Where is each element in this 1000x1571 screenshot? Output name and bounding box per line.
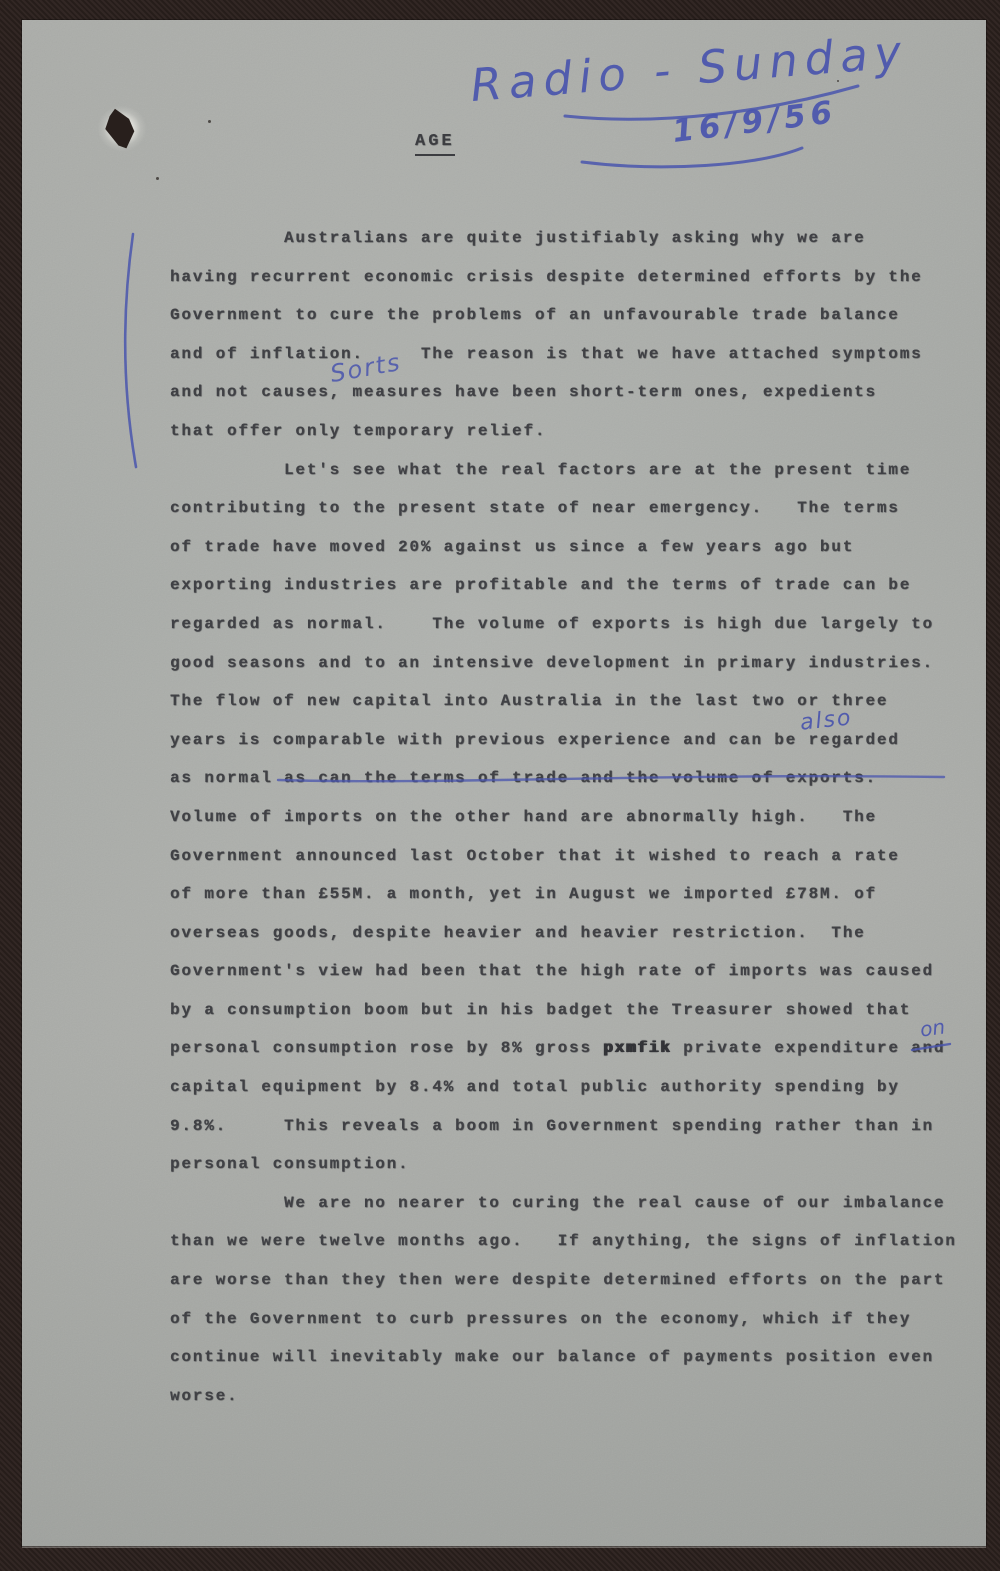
typed-segment: personal consumption rose by 8% gross bbox=[170, 1039, 603, 1057]
typed-segment: 9.8%. This reveals a boom in Government … bbox=[170, 1117, 934, 1135]
typed-line: and not causes, measures have been short… bbox=[170, 373, 980, 412]
typed-segment: by a consumption boom but in his badget … bbox=[170, 1001, 911, 1019]
typed-segment: that offer only temporary relief. bbox=[170, 422, 546, 440]
typed-line: are worse than they then were despite de… bbox=[170, 1261, 980, 1300]
typed-segment: are worse than they then were despite de… bbox=[170, 1271, 945, 1289]
typed-line: than we were twelve months ago. If anyth… bbox=[170, 1222, 980, 1261]
typed-line: Australians are quite justifiably asking… bbox=[170, 219, 980, 258]
typed-segment: continue will inevitably make our balanc… bbox=[170, 1348, 934, 1366]
typed-segment: Australians are quite justifiably asking… bbox=[170, 229, 866, 247]
typed-segment: overseas goods, despite heavier and heav… bbox=[170, 924, 866, 942]
typed-segment: having recurrent economic crisis despite… bbox=[170, 268, 923, 286]
typed-segment: personal consumption. bbox=[170, 1155, 409, 1173]
typed-line: contributing to the present state of nea… bbox=[170, 489, 980, 528]
typed-segment: of trade have moved 20% against us since… bbox=[170, 538, 854, 556]
typed-segment: as normal as can the terms of trade and … bbox=[170, 769, 877, 787]
paper-speck bbox=[208, 120, 211, 123]
typed-text: Australians are quite justifiably asking… bbox=[170, 219, 980, 1415]
typed-line: of more than £55M. a month, yet in Augus… bbox=[170, 875, 980, 914]
typed-segment: Let's see what the real factors are at t… bbox=[170, 461, 911, 479]
paper-sheet: AGE Radio - Sunday 16/9/56 Sorts also on… bbox=[22, 20, 986, 1546]
typed-line: that offer only temporary relief. bbox=[170, 412, 980, 451]
typed-segment: contributing to the present state of nea… bbox=[170, 499, 900, 517]
underline-handwritten-date bbox=[582, 148, 802, 167]
margin-pen-line bbox=[125, 234, 136, 467]
typed-segment: Government to cure the problems of an un… bbox=[170, 306, 900, 324]
typed-segment: The flow of new capital into Australia i… bbox=[170, 692, 888, 710]
typed-segment: of more than £55M. a month, yet in Augus… bbox=[170, 885, 877, 903]
typed-segment: good seasons and to an intensive develop… bbox=[170, 654, 934, 672]
typed-segment: capital equipment by 8.4% and total publ… bbox=[170, 1078, 900, 1096]
typed-line: exporting industries are profitable and … bbox=[170, 566, 980, 605]
paper-speck bbox=[156, 177, 159, 180]
typed-segment: Government's view had been that the high… bbox=[170, 962, 934, 980]
typed-line: Government to cure the problems of an un… bbox=[170, 296, 980, 335]
typed-line: Government's view had been that the high… bbox=[170, 952, 980, 991]
page-title: AGE bbox=[415, 132, 455, 156]
typed-line: good seasons and to an intensive develop… bbox=[170, 644, 980, 683]
typed-line: as normal as can the terms of trade and … bbox=[170, 759, 980, 798]
typed-segment: We are no nearer to curing the real caus… bbox=[170, 1194, 945, 1212]
typed-line: regarded as normal. The volume of export… bbox=[170, 605, 980, 644]
torn-punch-hole bbox=[86, 94, 158, 166]
typed-line: of trade have moved 20% against us since… bbox=[170, 528, 980, 567]
typed-line: by a consumption boom but in his badget … bbox=[170, 991, 980, 1030]
typed-line: years is comparable with previous experi… bbox=[170, 721, 980, 760]
typed-line: overseas goods, despite heavier and heav… bbox=[170, 914, 980, 953]
typed-segment: years is comparable with previous experi… bbox=[170, 731, 900, 749]
typed-segment: Volume of imports on the other hand are … bbox=[170, 808, 877, 826]
typed-segment: worse. bbox=[170, 1387, 238, 1405]
typed-segment: private expenditure and bbox=[672, 1039, 946, 1057]
typed-line: The flow of new capital into Australia i… bbox=[170, 682, 980, 721]
typed-line: continue will inevitably make our balanc… bbox=[170, 1338, 980, 1377]
typed-line: Let's see what the real factors are at t… bbox=[170, 451, 980, 490]
typed-line: capital equipment by 8.4% and total publ… bbox=[170, 1068, 980, 1107]
typed-segment: and of inflation. The reason is that we … bbox=[170, 345, 923, 363]
photographed-typescript-page: { "page": { "background_color": "#2e2320… bbox=[0, 0, 1000, 1571]
overstruck-word: pxmfik bbox=[603, 1039, 671, 1057]
typed-segment: of the Government to curb pressures on t… bbox=[170, 1310, 911, 1328]
typed-line: having recurrent economic crisis despite… bbox=[170, 258, 980, 297]
typed-segment: than we were twelve months ago. If anyth… bbox=[170, 1232, 957, 1250]
handwritten-title: Radio - Sunday bbox=[469, 25, 910, 112]
typed-line: personal consumption rose by 8% gross px… bbox=[170, 1029, 980, 1068]
typed-line: worse. bbox=[170, 1377, 980, 1416]
typed-line: of the Government to curb pressures on t… bbox=[170, 1300, 980, 1339]
typed-line: and of inflation. The reason is that we … bbox=[170, 335, 980, 374]
typed-segment: regarded as normal. The volume of export… bbox=[170, 615, 934, 633]
typed-line: Government announced last October that i… bbox=[170, 837, 980, 876]
typed-segment: exporting industries are profitable and … bbox=[170, 576, 911, 594]
typed-line: We are no nearer to curing the real caus… bbox=[170, 1184, 980, 1223]
typed-segment: and not causes, measures have been short… bbox=[170, 383, 877, 401]
typed-segment: Government announced last October that i… bbox=[170, 847, 900, 865]
typed-line: Volume of imports on the other hand are … bbox=[170, 798, 980, 837]
handwritten-date: 16/9/56 bbox=[670, 94, 839, 150]
typed-line: personal consumption. bbox=[170, 1145, 980, 1184]
typed-line: 9.8%. This reveals a boom in Government … bbox=[170, 1107, 980, 1146]
